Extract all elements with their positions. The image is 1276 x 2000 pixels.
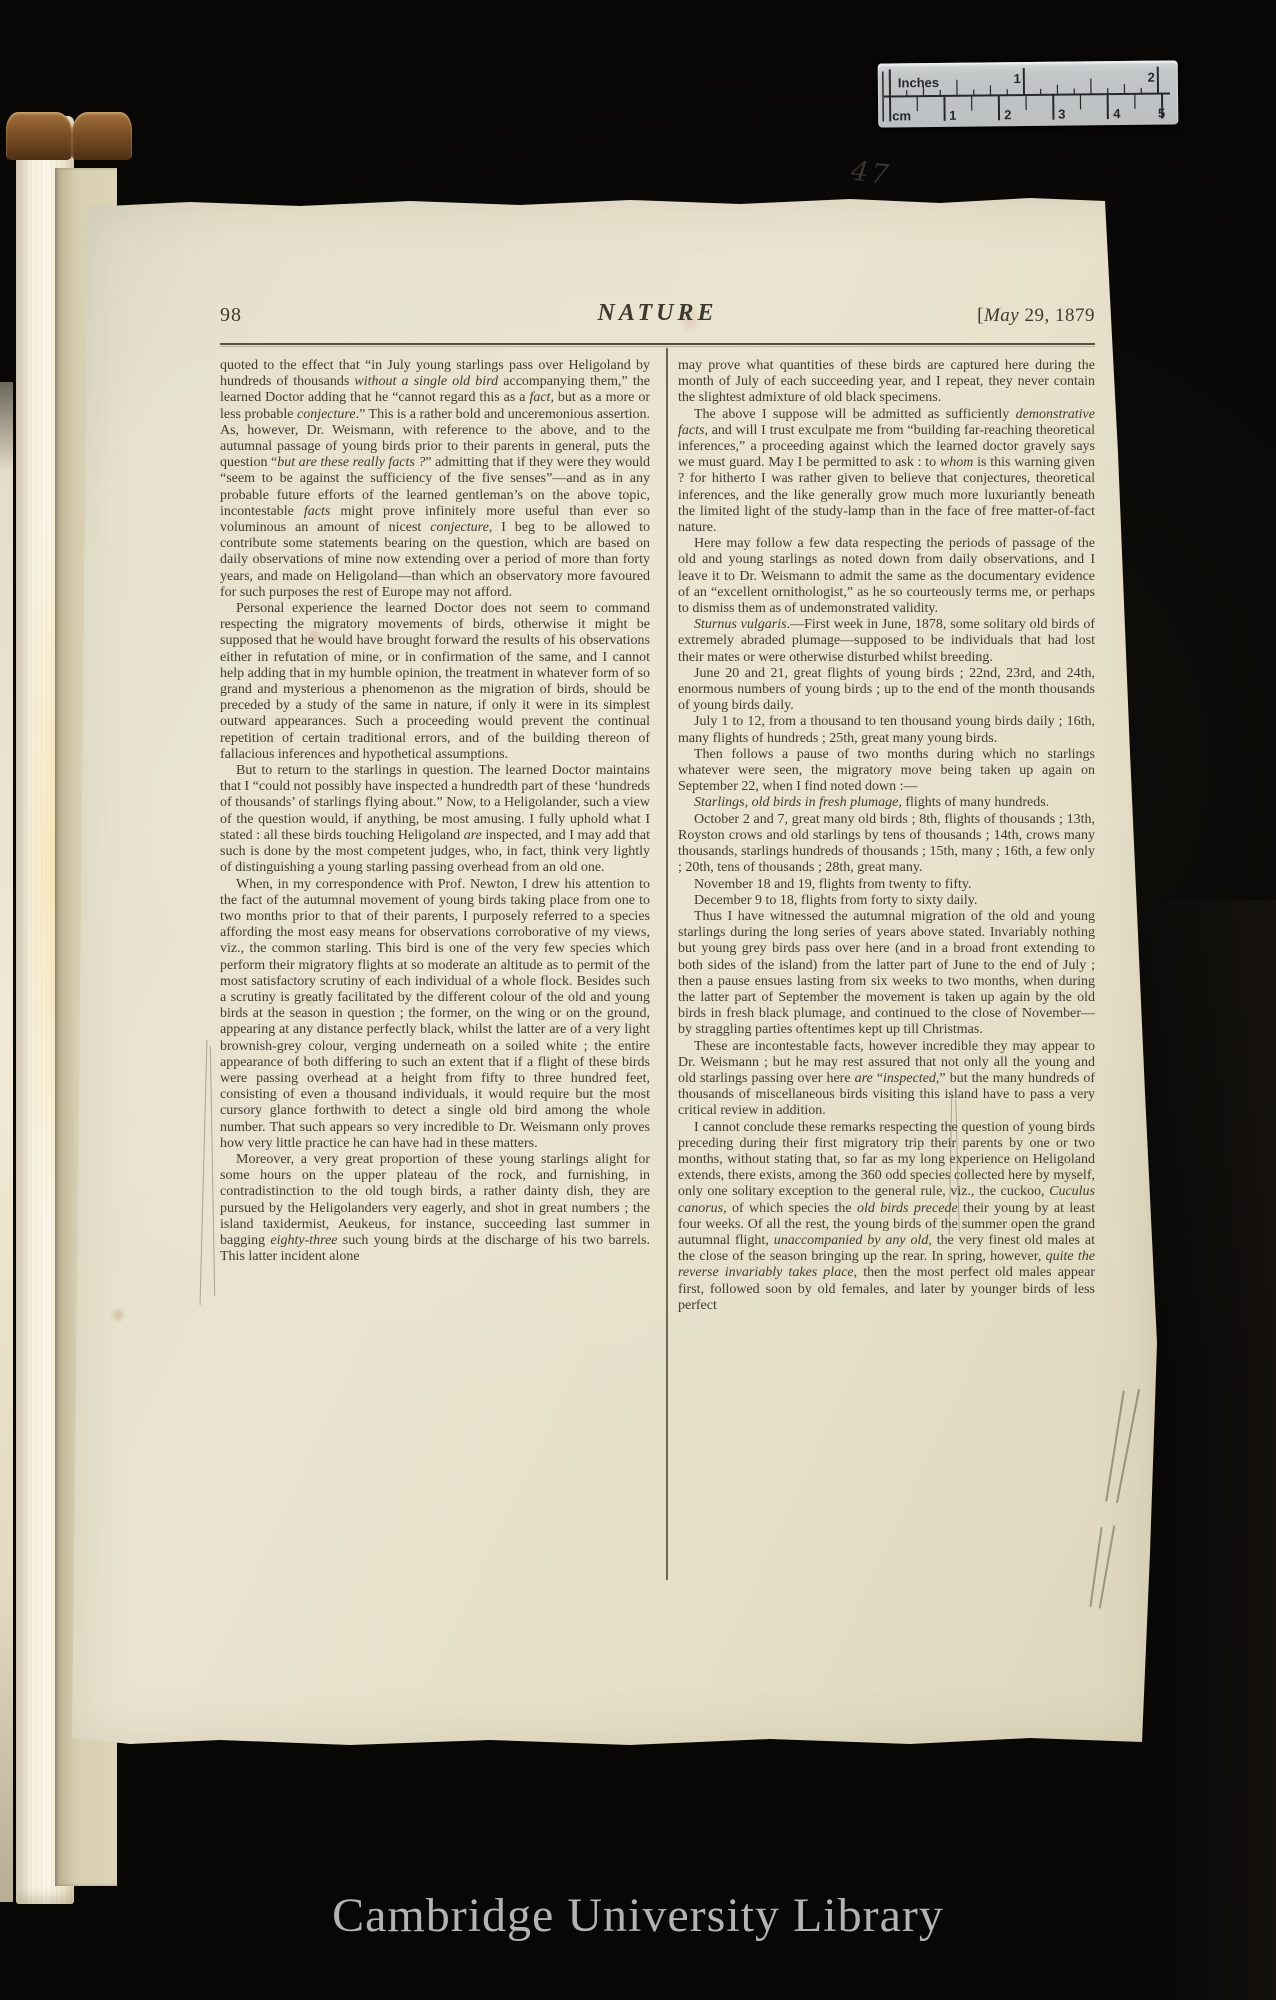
book-spine-leather: [6, 94, 134, 162]
paragraph: July 1 to 12, from a thousand to ten tho…: [678, 714, 1095, 746]
italic-text: are: [855, 1071, 873, 1086]
italic-text: inspected: [883, 1071, 936, 1086]
right-column: may prove what quantities of these birds…: [678, 358, 1095, 1593]
italic-text: conjecture: [297, 407, 356, 422]
italic-text: fact: [529, 390, 550, 405]
ruler-inch-number: 1: [1014, 71, 1021, 86]
text-run: June 20 and 21, great flights of young b…: [678, 666, 1095, 713]
text-run: The above I suppose will be admitted as …: [694, 407, 1016, 422]
library-watermark: Cambridge University Library: [0, 1888, 1276, 1943]
text-run: Thus I have witnessed the autumnal migra…: [678, 909, 1095, 1037]
ruler-cm-number: 2: [1004, 107, 1011, 122]
paragraph: The above I suppose will be admitted as …: [678, 407, 1095, 537]
paragraph: may prove what quantities of these birds…: [678, 358, 1095, 407]
text-run: Here may follow a few data respecting th…: [678, 536, 1095, 616]
italic-text: unaccompanied by any old: [774, 1233, 929, 1248]
issue-date: [May 29, 1879: [977, 305, 1095, 327]
text-columns: quoted to the effect that “in July young…: [220, 358, 1095, 1593]
ruler-cm-number: 1: [949, 108, 956, 123]
text-run: July 1 to 12, from a thousand to ten tho…: [678, 714, 1095, 745]
running-header: 98 NATURE [May 29, 1879: [220, 297, 1095, 327]
italic-text: without a single old bird: [354, 374, 498, 389]
column-divider: [666, 348, 668, 1580]
paragraph: But to return to the starlings in questi…: [220, 763, 650, 876]
ruler-inch-number: 2: [1148, 70, 1155, 85]
paragraph: quoted to the effect that “in July young…: [220, 358, 650, 601]
ruler-cm-label: cm: [892, 108, 911, 123]
paragraph: June 20 and 21, great flights of young b…: [678, 666, 1095, 715]
text-run: Personal experience the learned Doctor d…: [220, 601, 650, 762]
text-run: When, in my correspondence with Prof. Ne…: [220, 877, 650, 1151]
text-run: “: [873, 1071, 883, 1086]
leather-band: [6, 112, 72, 160]
date-rest: 29, 1879: [1019, 305, 1095, 326]
pencil-folio-number: 47: [849, 156, 893, 192]
ruler-cm-number: 4: [1113, 106, 1121, 121]
document-page: 98 NATURE [May 29, 1879 quoted to the ef…: [70, 193, 1160, 1749]
italic-text: facts: [304, 504, 330, 519]
text-run: I cannot conclude these remarks respecti…: [678, 1120, 1095, 1200]
paragraph: Thus I have witnessed the autumnal migra…: [678, 909, 1095, 1039]
italic-text: whom: [940, 455, 973, 470]
paragraph: December 9 to 18, flights from forty to …: [678, 893, 1095, 909]
text-run: November 18 and 19, flights from twenty …: [694, 877, 971, 892]
text-run: October 2 and 7, great many old birds ; …: [678, 812, 1095, 876]
paragraph: These are incontestable facts, however i…: [678, 1039, 1095, 1120]
left-column: quoted to the effect that “in July young…: [220, 358, 650, 1593]
paragraph: Starlings, old birds in fresh plumage, f…: [678, 795, 1095, 811]
paragraph: When, in my correspondence with Prof. Ne…: [220, 877, 650, 1152]
header-rule: [220, 343, 1095, 348]
text-run: Then follows a pause of two months durin…: [678, 747, 1095, 794]
italic-text: Sturnus vulgaris: [694, 617, 787, 632]
italic-text: old birds precede: [857, 1201, 958, 1216]
italic-text: are: [464, 828, 482, 843]
paragraph: November 18 and 19, flights from twenty …: [678, 877, 1095, 893]
measurement-ruler: Inches 1 2 cm 1 2 3 4 5: [878, 60, 1179, 127]
date-bracket: [: [977, 305, 984, 326]
ruler-scale: Inches 1 2 cm 1 2 3 4 5: [878, 60, 1179, 127]
italic-text: Starlings, old birds in fresh plumage: [694, 795, 898, 810]
paragraph: October 2 and 7, great many old birds ; …: [678, 812, 1095, 877]
italic-text: eighty-three: [270, 1233, 337, 1248]
photograph-background: 98 NATURE [May 29, 1879 quoted to the ef…: [0, 0, 1276, 2000]
book-page-edge-sliver: [0, 382, 13, 1902]
paragraph: Personal experience the learned Doctor d…: [220, 601, 650, 763]
text-run: , flights of many hundreds.: [898, 795, 1049, 810]
ruler-cm-number: 3: [1058, 107, 1065, 122]
journal-title: NATURE: [220, 300, 1095, 327]
ruler-inches-label: Inches: [898, 75, 939, 90]
paragraph: I cannot conclude these remarks respecti…: [678, 1120, 1095, 1314]
ruler-cm-number: 5: [1158, 106, 1165, 121]
text-run: may prove what quantities of these birds…: [678, 358, 1095, 405]
paragraph: Moreover, a very great proportion of the…: [220, 1152, 650, 1265]
text-run: , of which species the: [723, 1201, 857, 1216]
paragraph: Sturnus vulgaris.—First week in June, 18…: [678, 617, 1095, 666]
paragraph: Then follows a pause of two months durin…: [678, 747, 1095, 796]
italic-text: but are these really facts ?: [277, 455, 425, 470]
date-month: May: [984, 305, 1019, 326]
text-run: December 9 to 18, flights from forty to …: [694, 893, 977, 908]
paragraph: Here may follow a few data respecting th…: [678, 536, 1095, 617]
italic-text: conjecture: [430, 520, 489, 535]
leather-band: [72, 112, 132, 160]
